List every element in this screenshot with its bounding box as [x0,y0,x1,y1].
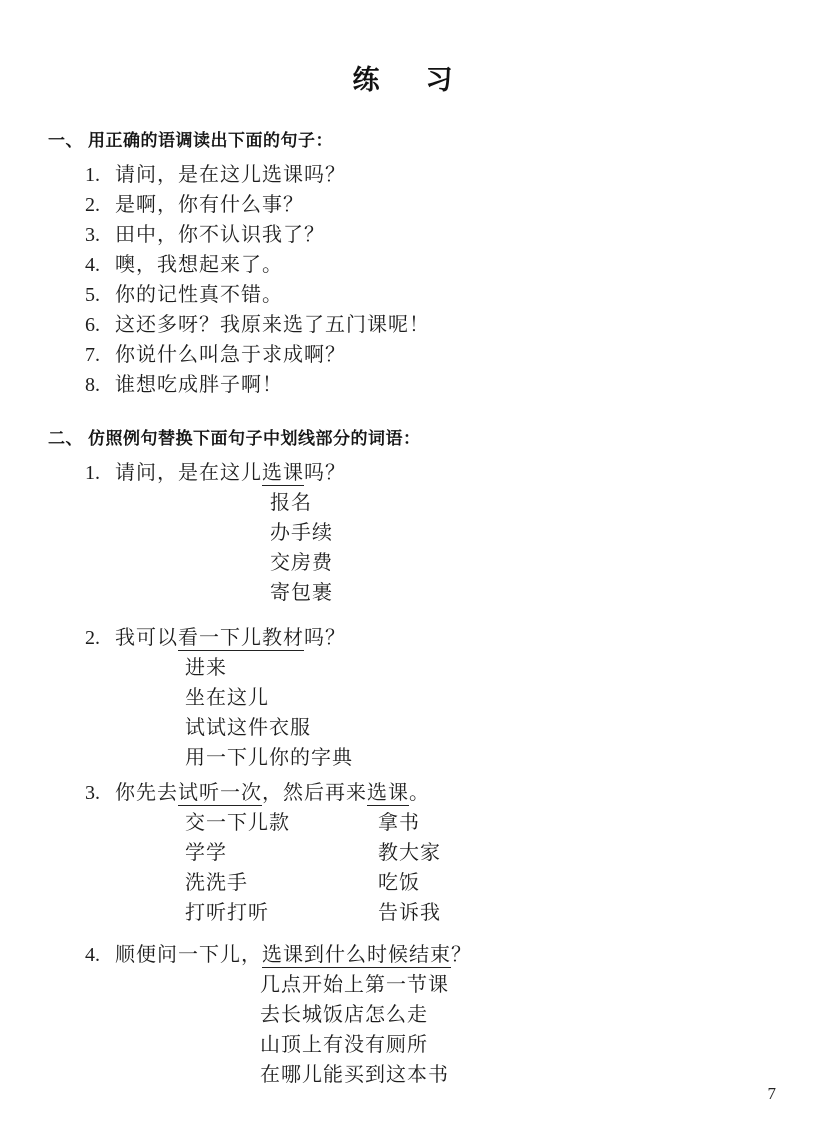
item-number: 5. [85,280,115,310]
section-label: 一、 [48,131,83,150]
underlined-phrase: 试听一次 [178,782,262,806]
underlined-phrase: 选课到什么时候结束 [262,944,451,968]
sentence-line: 5.你的记性真不错。 [85,280,816,310]
item-number: 4. [85,250,115,280]
document-page: 练习 一、用正确的语调读出下面的句子：1.请问，是在这儿选课吗？2.是啊，你有什… [0,0,816,1123]
substitution-option: 洗洗手 [185,868,378,898]
sentence-text: 你说什么叫急于求成啊？ [115,344,346,366]
substitution-row: 学学教大家 [185,838,816,868]
sentence-segment: 你先去 [115,782,178,804]
page-number: 7 [768,1084,777,1104]
exercise-sections: 一、用正确的语调读出下面的句子：1.请问，是在这儿选课吗？2.是啊，你有什么事？… [0,128,816,1090]
item-number: 1. [85,160,115,190]
item-list: 1.请问，是在这儿选课吗？报名办手续交房费寄包裹2.我可以看一下儿教材吗？进来坐… [0,458,816,1090]
substitution-row: 洗洗手吃饭 [185,868,816,898]
substitution-option: 拿书 [378,812,420,834]
item-list: 1.请问，是在这儿选课吗？2.是啊，你有什么事？3.田中，你不认识我了？4.噢，… [0,160,816,400]
sentence-segment: 吗？ [304,627,346,649]
underlined-phrase: 看一下儿教材 [178,627,304,651]
sentence-segment: ？ [451,944,472,966]
substitution-option: 吃饭 [378,872,420,894]
sentence-segment: 顺便问一下儿， [115,944,262,966]
sentence-text: 这还多呀？我原来选了五门课呢！ [115,314,430,336]
item-number: 8. [85,370,115,400]
underlined-phrase: 选课 [262,462,304,486]
exercise-section: 一、用正确的语调读出下面的句子：1.请问，是在这儿选课吗？2.是啊，你有什么事？… [0,128,816,400]
sentence-text: 噢，我想起来了。 [115,254,283,276]
sentence-segment: 是啊，你有什么事？ [115,194,304,216]
substitution-option: 办手续 [270,518,816,548]
exercise-item: 8.谁想吃成胖子啊！ [85,370,816,400]
substitution-option: 报名 [270,488,816,518]
sentence-segment: ，然后再来 [262,782,367,804]
sentence-text: 你先去试听一次，然后再来选课。 [115,782,430,806]
substitution-option: 打听打听 [185,898,378,928]
sentence-segment: 我可以 [115,627,178,649]
page-title: 练习 [0,62,816,98]
substitution-list: 报名办手续交房费寄包裹 [270,488,816,608]
item-number: 3. [85,220,115,250]
substitution-option: 交一下儿款 [185,808,378,838]
item-number: 7. [85,340,115,370]
substitution-option: 交房费 [270,548,816,578]
substitution-row: 交一下儿款拿书 [185,808,816,838]
exercise-section: 二、仿照例句替换下面句子中划线部分的词语：1.请问，是在这儿选课吗？报名办手续交… [0,426,816,1090]
exercise-item: 4.噢，我想起来了。 [85,250,816,280]
sentence-line: 1.请问，是在这儿选课吗？ [85,160,816,190]
exercise-item: 4.顺便问一下儿，选课到什么时候结束？几点开始上第一节课去长城饭店怎么走山顶上有… [85,940,816,1090]
sentence-text: 请问，是在这儿选课吗？ [115,462,346,486]
substitution-row: 打听打听告诉我 [185,898,816,928]
section-instruction: 仿照例句替换下面句子中划线部分的词语： [88,429,421,448]
substitution-option: 在哪儿能买到这本书 [260,1060,816,1090]
underlined-phrase: 选课 [367,782,409,806]
item-number: 2. [85,190,115,220]
sentence-segment: 你的记性真不错。 [115,284,283,306]
substitution-option: 用一下儿你的字典 [185,743,816,773]
item-number: 2. [85,623,115,653]
sentence-line: 4.噢，我想起来了。 [85,250,816,280]
sentence-text: 谁想吃成胖子啊！ [115,374,283,396]
substitution-list: 进来坐在这儿试试这件衣服用一下儿你的字典 [185,653,816,773]
sentence-line: 2.我可以看一下儿教材吗？ [85,623,816,653]
sentence-line: 1.请问，是在这儿选课吗？ [85,458,816,488]
exercise-item: 1.请问，是在这儿选课吗？报名办手续交房费寄包裹 [85,458,816,608]
sentence-text: 田中，你不认识我了？ [115,224,325,246]
exercise-item: 3.你先去试听一次，然后再来选课。交一下儿款拿书学学教大家洗洗手吃饭打听打听告诉… [85,778,816,928]
substitution-option: 教大家 [378,842,441,864]
sentence-segment: 噢，我想起来了。 [115,254,283,276]
section-instruction: 用正确的语调读出下面的句子： [88,131,333,150]
sentence-text: 请问，是在这儿选课吗？ [115,164,346,186]
substitution-option: 坐在这儿 [185,683,816,713]
item-number: 1. [85,458,115,488]
sentence-line: 3.你先去试听一次，然后再来选课。 [85,778,816,808]
sentence-line: 8.谁想吃成胖子啊！ [85,370,816,400]
exercise-item: 1.请问，是在这儿选课吗？ [85,160,816,190]
substitution-option: 学学 [185,838,378,868]
sentence-segment: 这还多呀？我原来选了五门课呢！ [115,314,430,336]
sentence-segment: 吗？ [304,462,346,484]
exercise-item: 2.是啊，你有什么事？ [85,190,816,220]
sentence-segment: 谁想吃成胖子啊！ [115,374,283,396]
sentence-line: 2.是啊，你有什么事？ [85,190,816,220]
sentence-segment: 请问，是在这儿 [115,462,262,484]
sentence-text: 顺便问一下儿，选课到什么时候结束？ [115,944,472,968]
sentence-text: 你的记性真不错。 [115,284,283,306]
substitution-option: 告诉我 [378,902,441,924]
section-label: 二、 [48,429,83,448]
substitution-option: 进来 [185,653,816,683]
item-number: 4. [85,940,115,970]
exercise-item: 5.你的记性真不错。 [85,280,816,310]
sentence-line: 7.你说什么叫急于求成啊？ [85,340,816,370]
exercise-item: 6.这还多呀？我原来选了五门课呢！ [85,310,816,340]
section-heading: 一、用正确的语调读出下面的句子： [0,128,816,154]
exercise-item: 7.你说什么叫急于求成啊？ [85,340,816,370]
section-heading: 二、仿照例句替换下面句子中划线部分的词语： [0,426,816,452]
substitution-option: 几点开始上第一节课 [260,970,816,1000]
sentence-line: 4.顺便问一下儿，选课到什么时候结束？ [85,940,816,970]
substitution-option: 山顶上有没有厕所 [260,1030,816,1060]
substitution-option: 去长城饭店怎么走 [260,1000,816,1030]
substitution-list: 交一下儿款拿书学学教大家洗洗手吃饭打听打听告诉我 [185,808,816,928]
sentence-segment: 请问，是在这儿选课吗？ [115,164,346,186]
sentence-line: 3.田中，你不认识我了？ [85,220,816,250]
substitution-list: 几点开始上第一节课去长城饭店怎么走山顶上有没有厕所在哪儿能买到这本书 [260,970,816,1090]
substitution-option: 寄包裹 [270,578,816,608]
sentence-segment: 田中，你不认识我了？ [115,224,325,246]
substitution-option: 试试这件衣服 [185,713,816,743]
item-number: 3. [85,778,115,808]
exercise-item: 2.我可以看一下儿教材吗？进来坐在这儿试试这件衣服用一下儿你的字典 [85,623,816,773]
exercise-item: 3.田中，你不认识我了？ [85,220,816,250]
sentence-segment: 。 [409,782,430,804]
sentence-text: 是啊，你有什么事？ [115,194,304,216]
sentence-segment: 你说什么叫急于求成啊？ [115,344,346,366]
sentence-line: 6.这还多呀？我原来选了五门课呢！ [85,310,816,340]
sentence-text: 我可以看一下儿教材吗？ [115,627,346,651]
item-number: 6. [85,310,115,340]
